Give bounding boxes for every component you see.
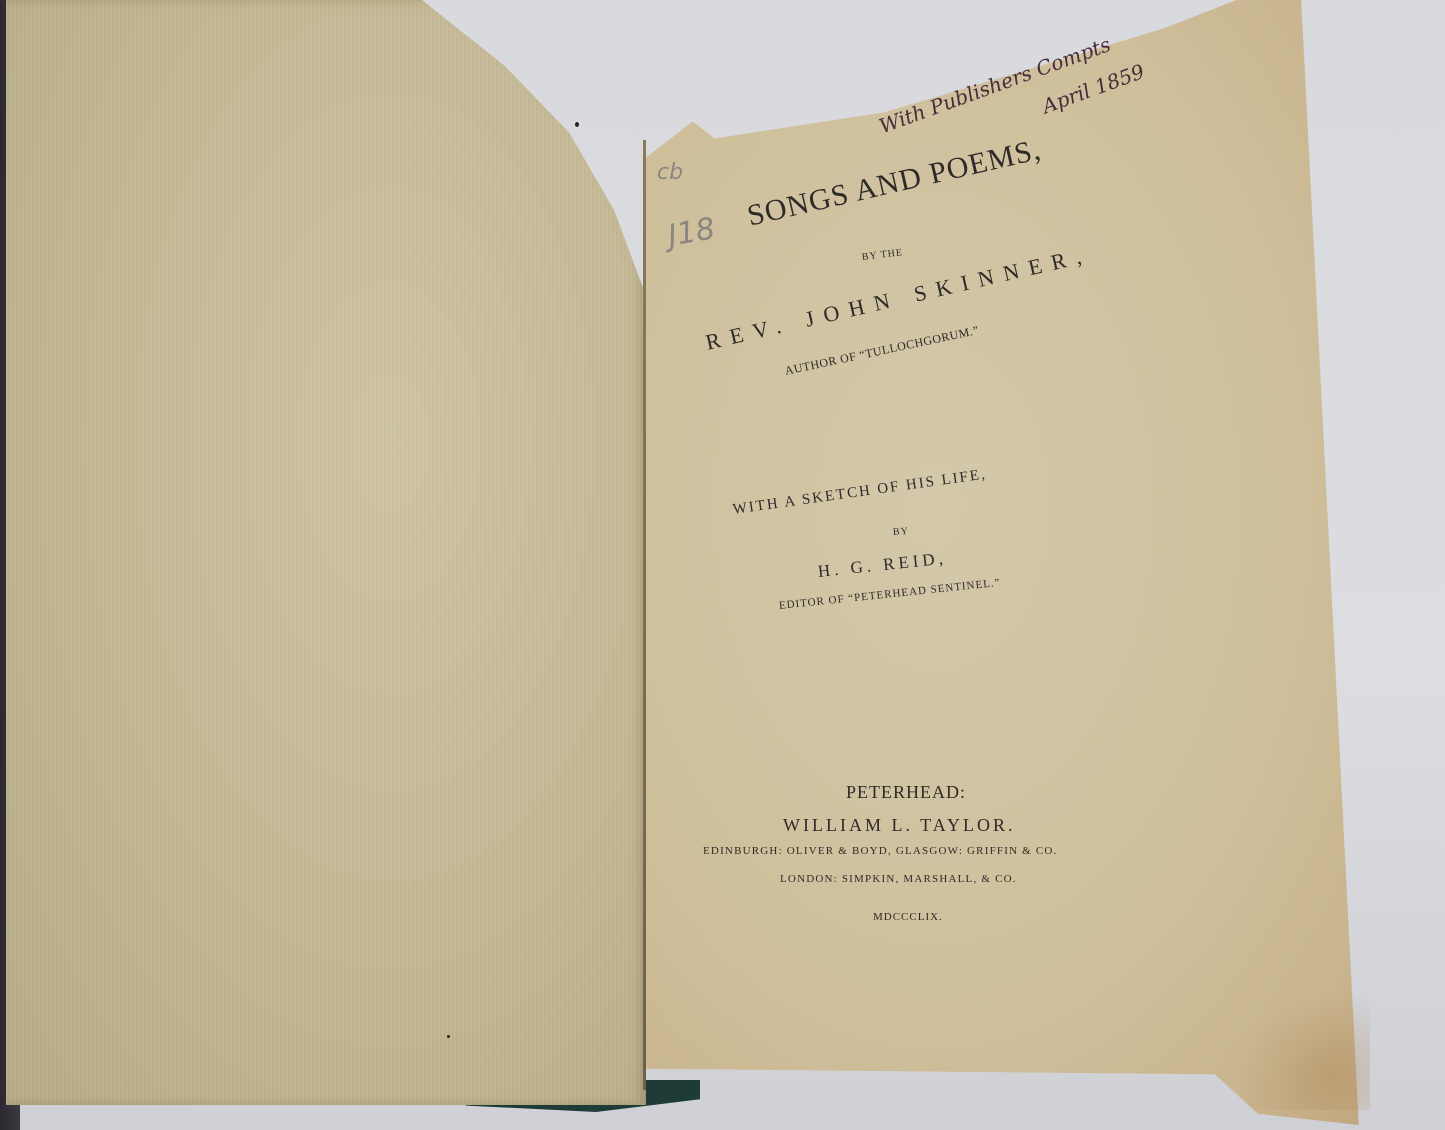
imprint-place: PETERHEAD: [846, 782, 966, 803]
pencil-note-cb: cb [657, 160, 683, 185]
gutter [643, 140, 646, 1090]
left-endpaper [6, 0, 646, 1105]
imprint-publisher: WILLIAM L. TAYLOR. [783, 815, 1016, 836]
ink-speck [447, 1035, 450, 1038]
imprint-agents-line-1: EDINBURGH: OLIVER & BOYD, GLASGOW: GRIFF… [703, 845, 1058, 857]
ink-speck [575, 122, 579, 127]
by-label: BY [893, 526, 910, 538]
imprint-year: MDCCCLIX. [873, 911, 943, 923]
imprint-agents-line-2: LONDON: SIMPKIN, MARSHALL, & CO. [780, 873, 1017, 885]
page-stain [1230, 990, 1370, 1110]
